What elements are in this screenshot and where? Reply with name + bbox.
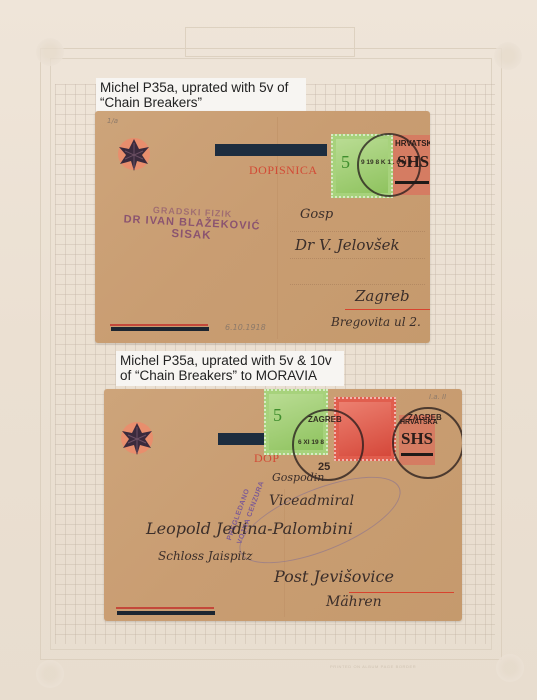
address-line-5: Post Jevišovice: [274, 567, 394, 586]
postcard-1: 1/a DOPISNICA 5 HRVATSKA SHS 9 19 8 K 1 …: [95, 111, 430, 343]
address-line-4: Schloss Jaispitz: [158, 549, 253, 563]
red-underline: [349, 592, 454, 593]
address-line: [290, 231, 425, 232]
postmark-circle: ZAGREB: [392, 407, 462, 479]
corner-ornament-icon: [36, 660, 64, 688]
address-line: [290, 258, 425, 259]
pencil-note: 1/a: [107, 117, 118, 125]
corner-ornament-icon: [494, 42, 522, 70]
obliterated-title-bar: [215, 144, 327, 156]
pencil-note: I.a. II: [429, 393, 446, 401]
coat-of-arms-flower-icon: [115, 133, 153, 175]
date-pencil-note: 6.10.1918: [225, 323, 266, 332]
coat-of-arms-flower-icon: [118, 417, 156, 459]
imprint-obliteration-bar: [111, 327, 209, 331]
address-line: [290, 284, 425, 285]
imprint-obliteration-bar: [117, 611, 215, 615]
title-box: [185, 27, 355, 57]
page-footer-watermark: PRINTED ON ALBUM PAGE BORDER: [330, 664, 480, 669]
imprint-text-line: [110, 324, 208, 326]
address-line-2: Dr V. Jelovšek: [295, 236, 400, 254]
card-title: DOPISNICA: [249, 163, 318, 178]
address-line-4: Bregovita ul 2.: [331, 315, 421, 329]
postmark-circle: 9 19 8 K 1 . 6 H 9: [357, 133, 421, 197]
address-line-1: Gosp: [300, 207, 333, 222]
address-line-2: Viceadmiral: [269, 493, 354, 509]
corner-ornament-icon: [496, 654, 524, 682]
postcard-2: I.a. II DOPISNICA 5 ZAGREB 6 XI 19 8 25 …: [104, 389, 462, 621]
corner-ornament-icon: [36, 38, 64, 66]
address-line-3: Leopold Jedina-Palombini: [146, 519, 353, 538]
album-page: PRINTED ON ALBUM PAGE BORDER Michel P35a…: [0, 0, 537, 700]
caption-item-1: Michel P35a, uprated with 5v of “Chain B…: [96, 78, 306, 113]
caption-item-2: Michel P35a, uprated with 5v & 10v of “C…: [116, 351, 344, 386]
obliterated-title-bar: [218, 433, 268, 445]
imprint-text-line: [116, 607, 214, 609]
address-line-6: Mähren: [326, 594, 382, 610]
address-line-1: Gospodin: [272, 471, 324, 484]
red-underline: [345, 309, 430, 310]
address-line-3: Zagreb: [355, 287, 410, 305]
sender-handstamp: GRADSKI FIZIK DR IVAN BLAŽEKOVIĆ SISAK: [116, 203, 268, 245]
